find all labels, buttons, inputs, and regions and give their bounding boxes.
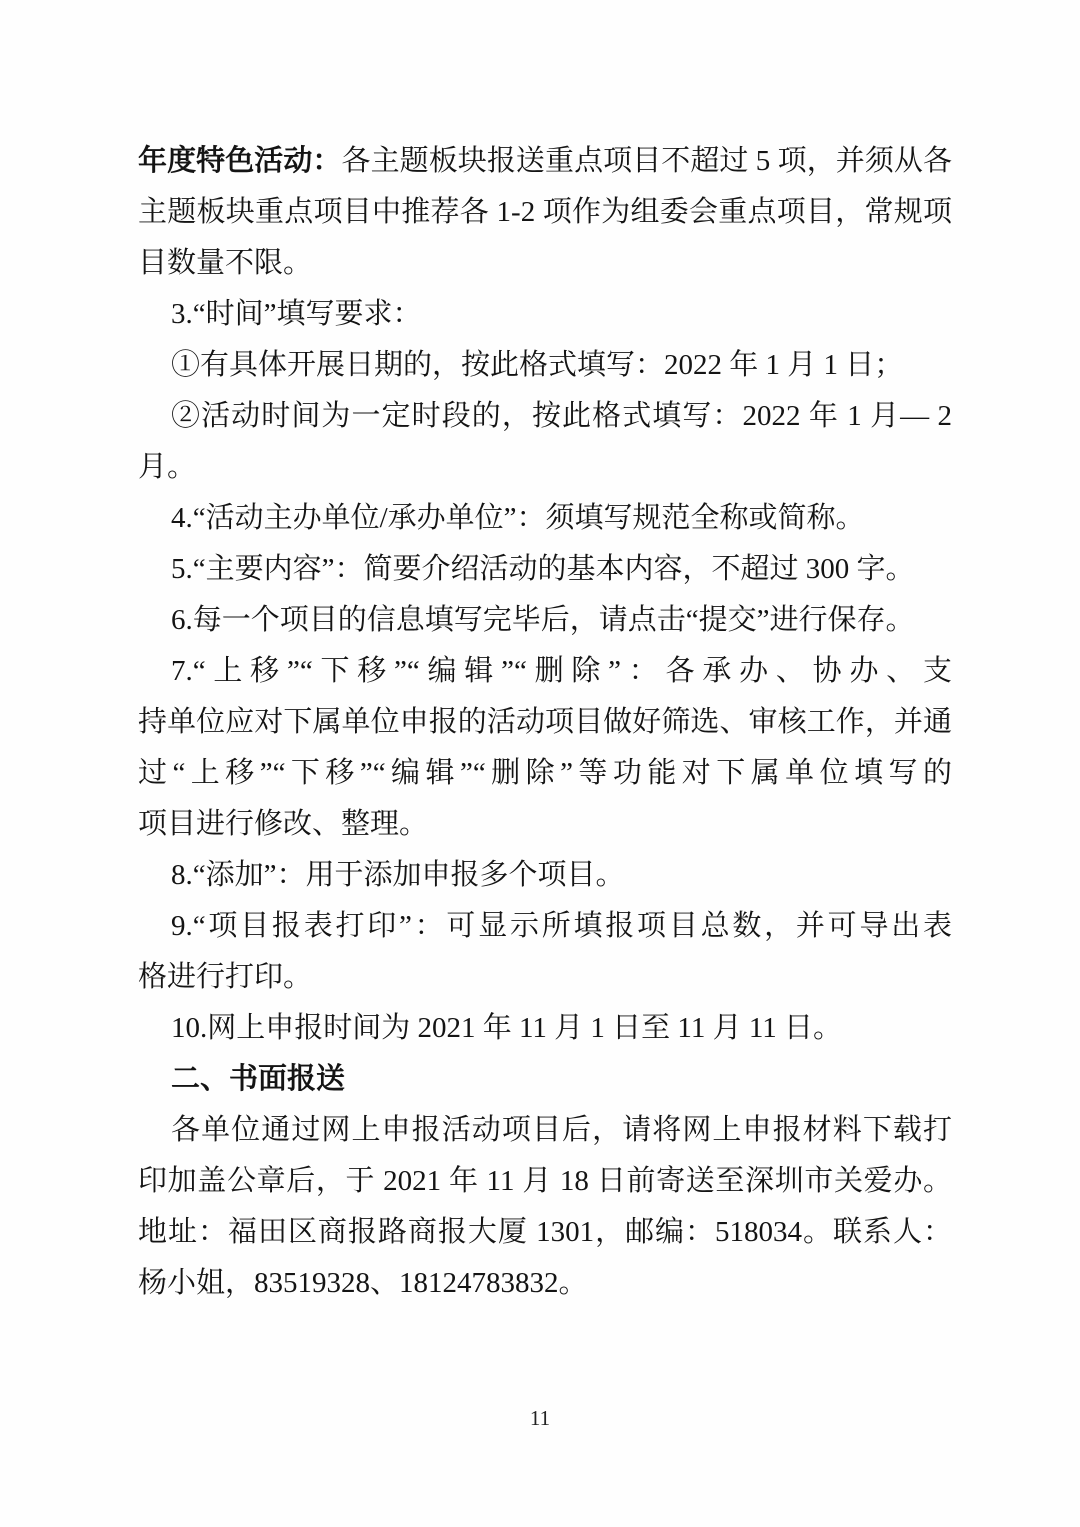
paragraph-line: 各单位通过网上申报活动项目后，请将网上申报材料下载打	[138, 1105, 952, 1156]
paragraph-line: 年度特色活动：各主题板块报送重点项目不超过 5 项，并须从各	[138, 136, 952, 187]
document-page: 年度特色活动：各主题板块报送重点项目不超过 5 项，并须从各 主题板块重点项目中…	[0, 0, 1080, 1527]
list-item-3: 3.“时间”填写要求：	[138, 289, 952, 340]
sub-item-2: ②活动时间为一定时段的，按此格式填写：2022 年 1 月— 2	[138, 391, 952, 442]
paragraph-line: 印加盖公章后，于 2021 年 11 月 18 日前寄送至深圳市关爱办。	[138, 1156, 952, 1207]
document-body: 年度特色活动：各主题板块报送重点项目不超过 5 项，并须从各 主题板块重点项目中…	[138, 136, 952, 1309]
paragraph-line: 月。	[138, 442, 952, 493]
paragraph-line: 项目进行修改、整理。	[138, 799, 952, 850]
paragraph-line: 格进行打印。	[138, 952, 952, 1003]
page-number: 11	[0, 1406, 1080, 1431]
paragraph-line: 主题板块重点项目中推荐各 1-2 项作为组委会重点项目，常规项	[138, 187, 952, 238]
paragraph-line: 持单位应对下属单位申报的活动项目做好筛选、审核工作，并通	[138, 697, 952, 748]
paragraph-line: 过“上移”“下移”“编辑”“删除”等功能对下属单位填写的	[138, 748, 952, 799]
list-item-10: 10.网上申报时间为 2021 年 11 月 1 日至 11 月 11 日。	[138, 1003, 952, 1054]
list-item-8: 8.“添加”：用于添加申报多个项目。	[138, 850, 952, 901]
list-item-4: 4.“活动主办单位/承办单位”：须填写规范全称或简称。	[138, 493, 952, 544]
list-item-7: 7.“上移”“下移”“编辑”“删除”：各承办、协办、支	[138, 646, 952, 697]
sub-item-1: ①有具体开展日期的，按此格式填写：2022 年 1 月 1 日；	[138, 340, 952, 391]
list-item-6: 6.每一个项目的信息填写完毕后，请点击“提交”进行保存。	[138, 595, 952, 646]
list-item-5: 5.“主要内容”：简要介绍活动的基本内容，不超过 300 字。	[138, 544, 952, 595]
bold-lead-run: 年度特色活动：	[138, 145, 342, 177]
section-heading: 二、书面报送	[138, 1054, 952, 1105]
list-item-9: 9.“项目报表打印”：可显示所填报项目总数，并可导出表	[138, 901, 952, 952]
text-run: 各主题板块报送重点项目不超过 5 项，并须从各	[342, 145, 952, 177]
paragraph-line: 地址：福田区商报路商报大厦 1301，邮编：518034。联系人：	[138, 1207, 952, 1258]
paragraph-line: 目数量不限。	[138, 238, 952, 289]
paragraph-line: 杨小姐，83519328、18124783832。	[138, 1258, 952, 1309]
